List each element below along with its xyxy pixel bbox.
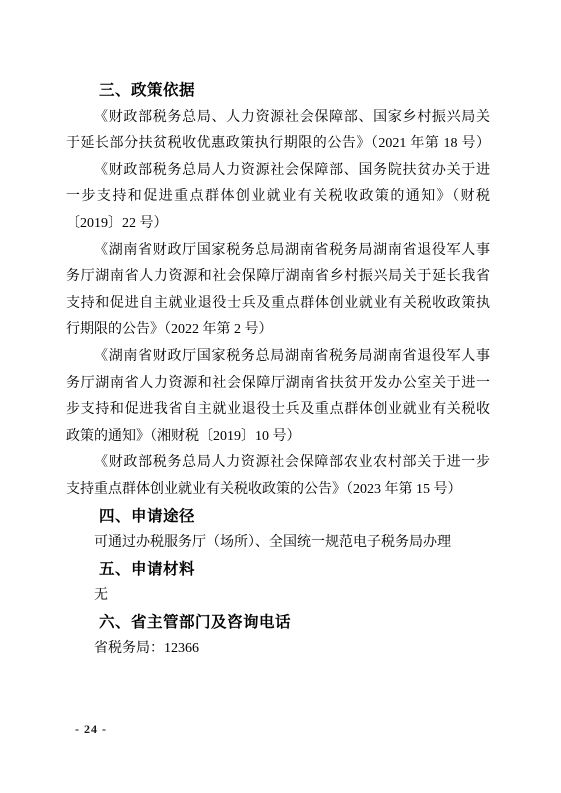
paragraph-line: 一步支持和促进重点群体创业就业有关税收政策的通知》（财税 <box>66 184 490 211</box>
paragraph-line: 务厅湖南省人力资源和社会保障厅湖南省乡村振兴局关于延长我省 <box>66 264 490 291</box>
document-content: 三、政策依据《财政部税务总局、人力资源社会保障部、国家乡村振兴局关于延长部分扶贫… <box>66 78 490 663</box>
section-heading: 五、申请材料 <box>66 557 490 584</box>
paragraph-line: 支持重点群体创业就业有关税收政策的公告》（2023 年第 15 号） <box>66 477 490 504</box>
paragraph-line: 《财政部税务总局、人力资源社会保障部、国家乡村振兴局关 <box>66 105 490 132</box>
paragraph-line: 《财政部税务总局人力资源社会保障部农业农村部关于进一步 <box>66 450 490 477</box>
page-number: - 24 - <box>75 716 107 742</box>
paragraph-line: 支持和促进自主就业退役士兵及重点群体创业就业有关税收政策执 <box>66 291 490 318</box>
section-heading: 四、申请途径 <box>66 504 490 531</box>
paragraph-line: 省税务局：12366 <box>66 636 490 663</box>
section-heading: 六、省主管部门及咨询电话 <box>66 610 490 637</box>
paragraph-line: 《财政部税务总局人力资源社会保障部、国务院扶贫办关于进 <box>66 158 490 185</box>
paragraph-line: 步支持和促进我省自主就业退役士兵及重点群体创业就业有关税收 <box>66 397 490 424</box>
document-page: 三、政策依据《财政部税务总局、人力资源社会保障部、国家乡村振兴局关于延长部分扶贫… <box>0 0 561 793</box>
paragraph-line: 〔2019〕22 号） <box>66 211 490 238</box>
paragraph-line: 《湖南省财政厅国家税务总局湖南省税务局湖南省退役军人事 <box>66 344 490 371</box>
paragraph-line: 可通过办税服务厅（场所）、全国统一规范电子税务局办理 <box>66 530 490 557</box>
paragraph-line: 于延长部分扶贫税收优惠政策执行期限的公告》（2021 年第 18 号） <box>66 131 490 158</box>
paragraph-line: 无 <box>66 583 490 610</box>
section-heading: 三、政策依据 <box>66 78 490 105</box>
paragraph-line: 务厅湖南省人力资源和社会保障厅湖南省扶贫开发办公室关于进一 <box>66 371 490 398</box>
paragraph-line: 《湖南省财政厅国家税务总局湖南省税务局湖南省退役军人事 <box>66 238 490 265</box>
paragraph-line: 行期限的公告》（2022 年第 2 号） <box>66 317 490 344</box>
paragraph-line: 政策的通知》（湘财税〔2019〕10 号） <box>66 424 490 451</box>
